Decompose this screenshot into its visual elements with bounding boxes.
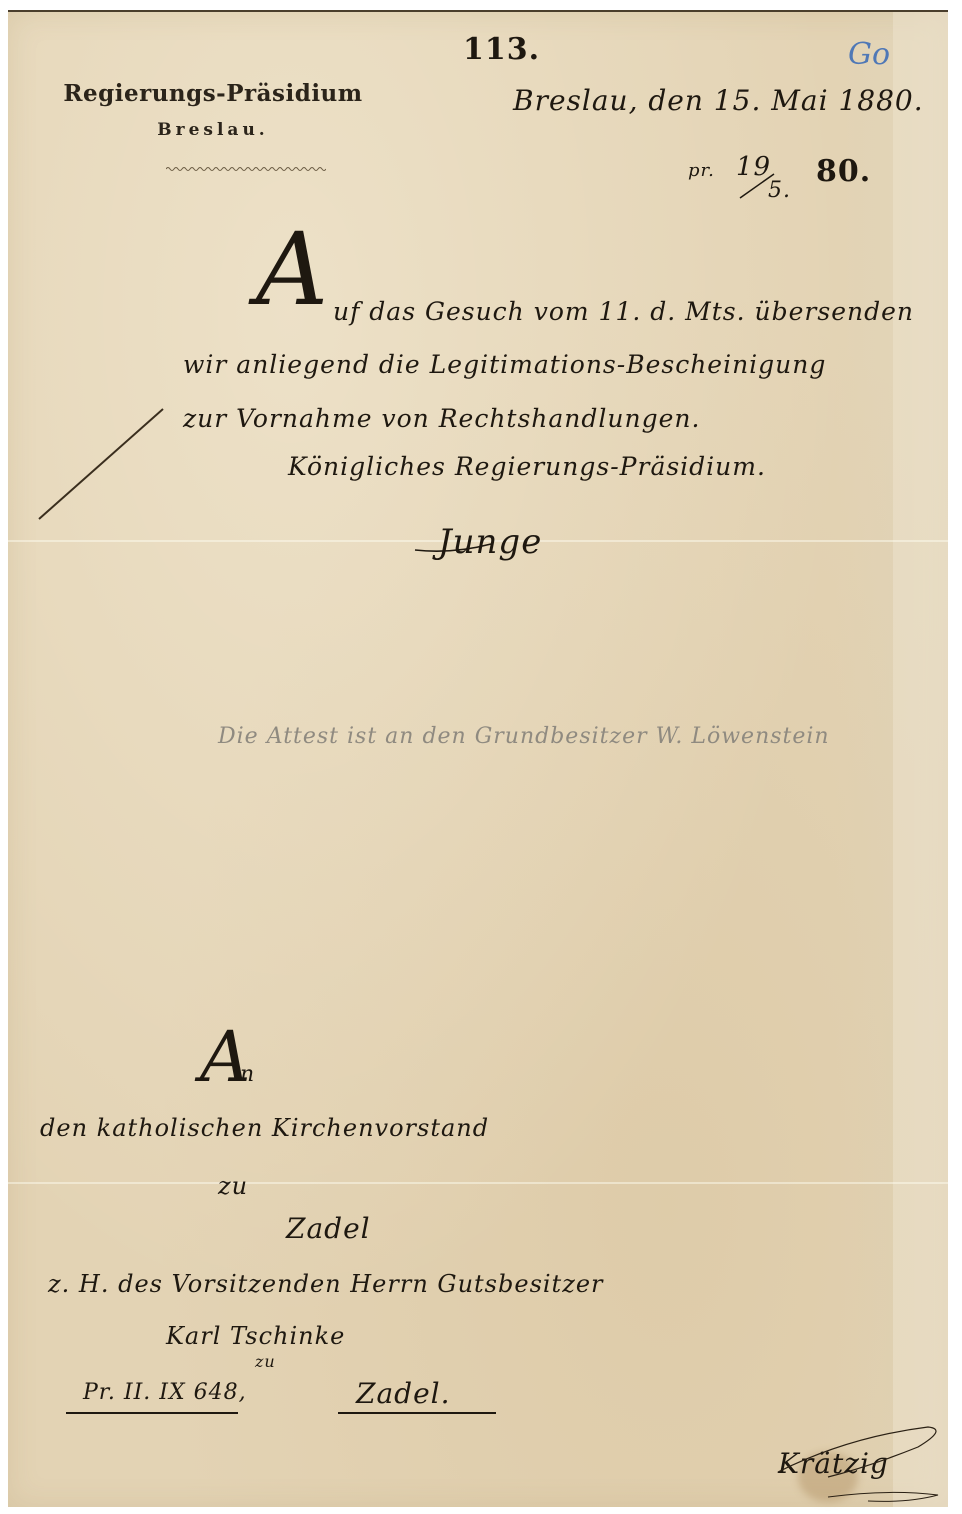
body-line-3: zur Vornahme von Rechtshandlungen. [183,404,700,433]
reference-underline [66,1412,238,1414]
body-line-2: wir anliegend die Legitimations-Beschein… [183,350,826,379]
address-line-5: Karl Tschinke [166,1322,345,1350]
body-line-1: uf das Gesuch vom 11. d. Mts. übersenden [333,297,914,326]
folio-number: 113. [463,32,540,67]
receipt-month: 5. [768,178,791,203]
address-initial-rest: n [240,1062,255,1087]
paper-edge-strip [893,12,948,1507]
clerk-signature-flourish [768,1417,948,1507]
receipt-year: 80. [816,154,871,189]
address-line-3: Zadel [286,1212,371,1245]
reference-number: Pr. II. IX 648, [83,1380,247,1405]
document-page: Regierungs-Präsidium Breslau. 113. Go Br… [8,10,948,1507]
letterhead-title: Regierungs-Präsidium [48,80,378,107]
receipt-prefix: pr. [688,160,715,181]
archive-mark: Go [848,37,890,72]
destination-underline [338,1412,496,1414]
receipt-note: pr. 19 5. 80. [688,152,888,212]
fold-line [8,1182,948,1184]
address-line-1: den katholischen Kirchenvorstand [40,1114,489,1142]
reference-zu: zu [255,1352,276,1371]
address-line-4: z. H. des Vorsitzenden Herrn Gutsbesitze… [48,1270,604,1298]
body-initial: A [256,220,329,320]
letterhead-place: Breslau. [48,120,378,140]
address-line-2: zu [218,1172,248,1200]
closing-line: Königliches Regierungs-Präsidium. [288,452,766,481]
destination-place: Zadel. [356,1377,451,1410]
letterhead-ornament [166,165,326,173]
pencil-annotation: Die Attest ist an den Grundbesitzer W. L… [218,724,830,749]
margin-slash-mark [33,407,173,527]
date-line: Breslau, den 15. Mai 1880. [513,84,924,117]
signature-flourish [413,540,493,554]
